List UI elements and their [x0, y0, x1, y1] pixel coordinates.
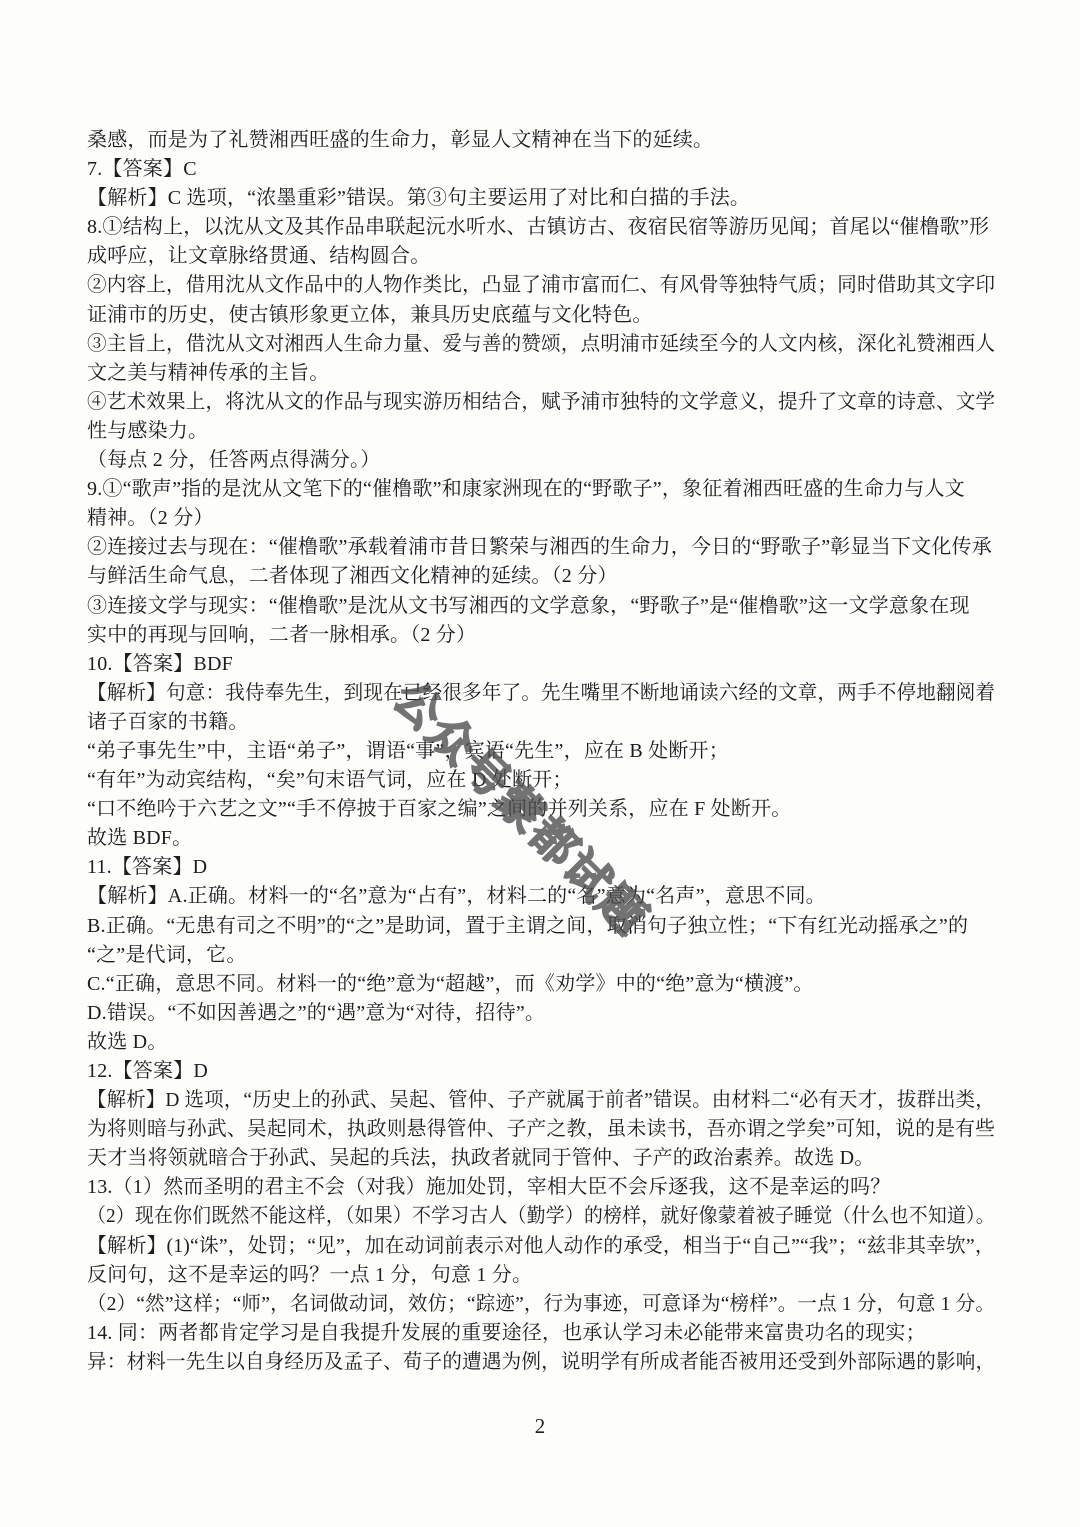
text-line: 【解析】D 选项，“历史上的孙武、吴起、管仲、子产就属于前者”错误。由材料二“必… [87, 1086, 968, 1115]
text-line: 异：材料一先生以自身经历及孟子、荀子的遭遇为例，说明学有所成者能否被用还受到外部… [87, 1348, 974, 1377]
text-line: 文之美与精神传承的主旨。 [87, 359, 995, 388]
text-line: 故选 D。 [87, 1028, 995, 1057]
text-line: 诸子百家的书籍。 [87, 708, 995, 737]
text-line: 为将则暗与孙武、吴起同术，执政则悬得管仲、子产之教，虽未读书，吾亦谓之学矣”可知… [87, 1115, 985, 1144]
text-line: 14. 同：两者都肯定学习是自我提升发展的重要途径，也承认学习未必能带来富贵功名… [87, 1319, 995, 1348]
text-line: B.正确。“无患有司之不明”的“之”是助词，置于主谓之间，取消句子独立性；“下有… [87, 912, 995, 941]
text-line: “之”是代词，它。 [87, 941, 995, 970]
text-line: （2）现在你们既然不能这样，（如果）不学习古人（勤学）的榜样，就好像蒙着被子睡觉… [87, 1202, 946, 1231]
text-line: 成呼应，让文章脉络贯通、结构圆合。 [87, 242, 995, 271]
text-line: （2）“然”这样；“师”，名词做动词，效仿；“踪迹”，行为事迹，可意译为“榜样”… [87, 1290, 972, 1319]
text-line: 桑感，而是为了礼赞湘西旺盛的生命力，彰显人文精神在当下的延续。 [87, 126, 995, 155]
text-line: 10.【答案】BDF [87, 650, 995, 679]
text-line: C.“正确，意思不同。材料一的“绝”意为“超越”，而《劝学》中的“绝”意为“横渡… [87, 970, 995, 999]
text-line: 故选 BDF。 [87, 824, 995, 853]
text-line: 【解析】(1)“诛”，处罚；“见”，加在动词前表示对他人动作的承受，相当于“自己… [87, 1232, 980, 1261]
text-line: 反问句，这不是幸运的吗？一点 1 分，句意 1 分。 [87, 1261, 995, 1290]
text-line: 【解析】句意：我侍奉先生，到现在已经很多年了。先生嘴里不断地诵读六经的文章，两手… [87, 679, 974, 708]
text-line: ②内容上，借用沈从文作品中的人物作类比，凸显了浦市富而仁、有风骨等独特气质；同时… [87, 271, 974, 300]
text-line: D.错误。“不如因善遇之”的“遇”意为“对待，招待”。 [87, 999, 995, 1028]
text-line: 13.（1）然而圣明的君主不会（对我）施加处罚，宰相大臣不会斥逐我，这不是幸运的… [87, 1173, 995, 1202]
text-line: 7.【答案】C [87, 155, 995, 184]
text-line: 与鲜活生命气息，二者体现了湘西文化精神的延续。（2 分） [87, 562, 995, 591]
text-line: 9.①“歌声”指的是沈从文笔下的“催橹歌”和康家洲现在的“野歌子”，象征着湘西旺… [87, 475, 995, 504]
text-line: ②连接过去与现在：“催橹歌”承载着浦市昔日繁荣与湘西的生命力，今日的“野歌子”彰… [87, 533, 995, 562]
text-line: 8.①结构上，以沈从文及其作品串联起沅水听水、古镇访古、夜宿民宿等游历见闻；首尾… [87, 213, 995, 242]
text-line: “有年”为动宾结构，“矣”句末语气词，应在 D 处断开； [87, 766, 995, 795]
text-line: ③连接文学与现实：“催橹歌”是沈从文书写湘西的文学意象，“野歌子”是“催橹歌”这… [87, 592, 995, 621]
text-line: “弟子事先生”中，主语“弟子”，谓语“事”，宾语“先生”，应在 B 处断开； [87, 737, 995, 766]
text-line: 性与感染力。 [87, 417, 995, 446]
text-line: 天才当将领就暗合于孙武、吴起的兵法，执政者就同于管仲、子产的政治素养。故选 D。 [87, 1144, 995, 1173]
text-line: 实中的再现与回响，二者一脉相承。（2 分） [87, 621, 995, 650]
text-line: “口不绝吟于六艺之文”“手不停披于百家之编”之间的并列关系，应在 F 处断开。 [87, 795, 995, 824]
document-page: 公众号蒙都试题 桑感，而是为了礼赞湘西旺盛的生命力，彰显人文精神在当下的延续。7… [0, 0, 1080, 1527]
text-line: （每点 2 分，任答两点得满分。） [87, 446, 995, 475]
text-line: 12.【答案】D [87, 1057, 995, 1086]
text-line: 【解析】C 选项，“浓墨重彩”错误。第③句主要运用了对比和白描的手法。 [87, 184, 995, 213]
text-line: ③主旨上，借沈从文对湘西人生命力量、爱与善的赞颂，点明浦市延续至今的人文内核，深… [87, 330, 974, 359]
text-line: 精神。（2 分） [87, 504, 995, 533]
text-line: ④艺术效果上，将沈从文的作品与现实游历相结合，赋予浦市独特的文学意义，提升了文章… [87, 388, 974, 417]
text-line: 11.【答案】D [87, 853, 995, 882]
page-number: 2 [0, 1414, 1080, 1439]
text-line: 证浦市的历史，使古镇形象更立体，兼具历史底蕴与文化特色。 [87, 301, 995, 330]
answer-key-text-block: 桑感，而是为了礼赞湘西旺盛的生命力，彰显人文精神在当下的延续。7.【答案】C【解… [87, 126, 995, 1377]
text-line: 【解析】A.正确。材料一的“名”意为“占有”，材料二的“名”意为“名声”，意思不… [87, 882, 995, 911]
